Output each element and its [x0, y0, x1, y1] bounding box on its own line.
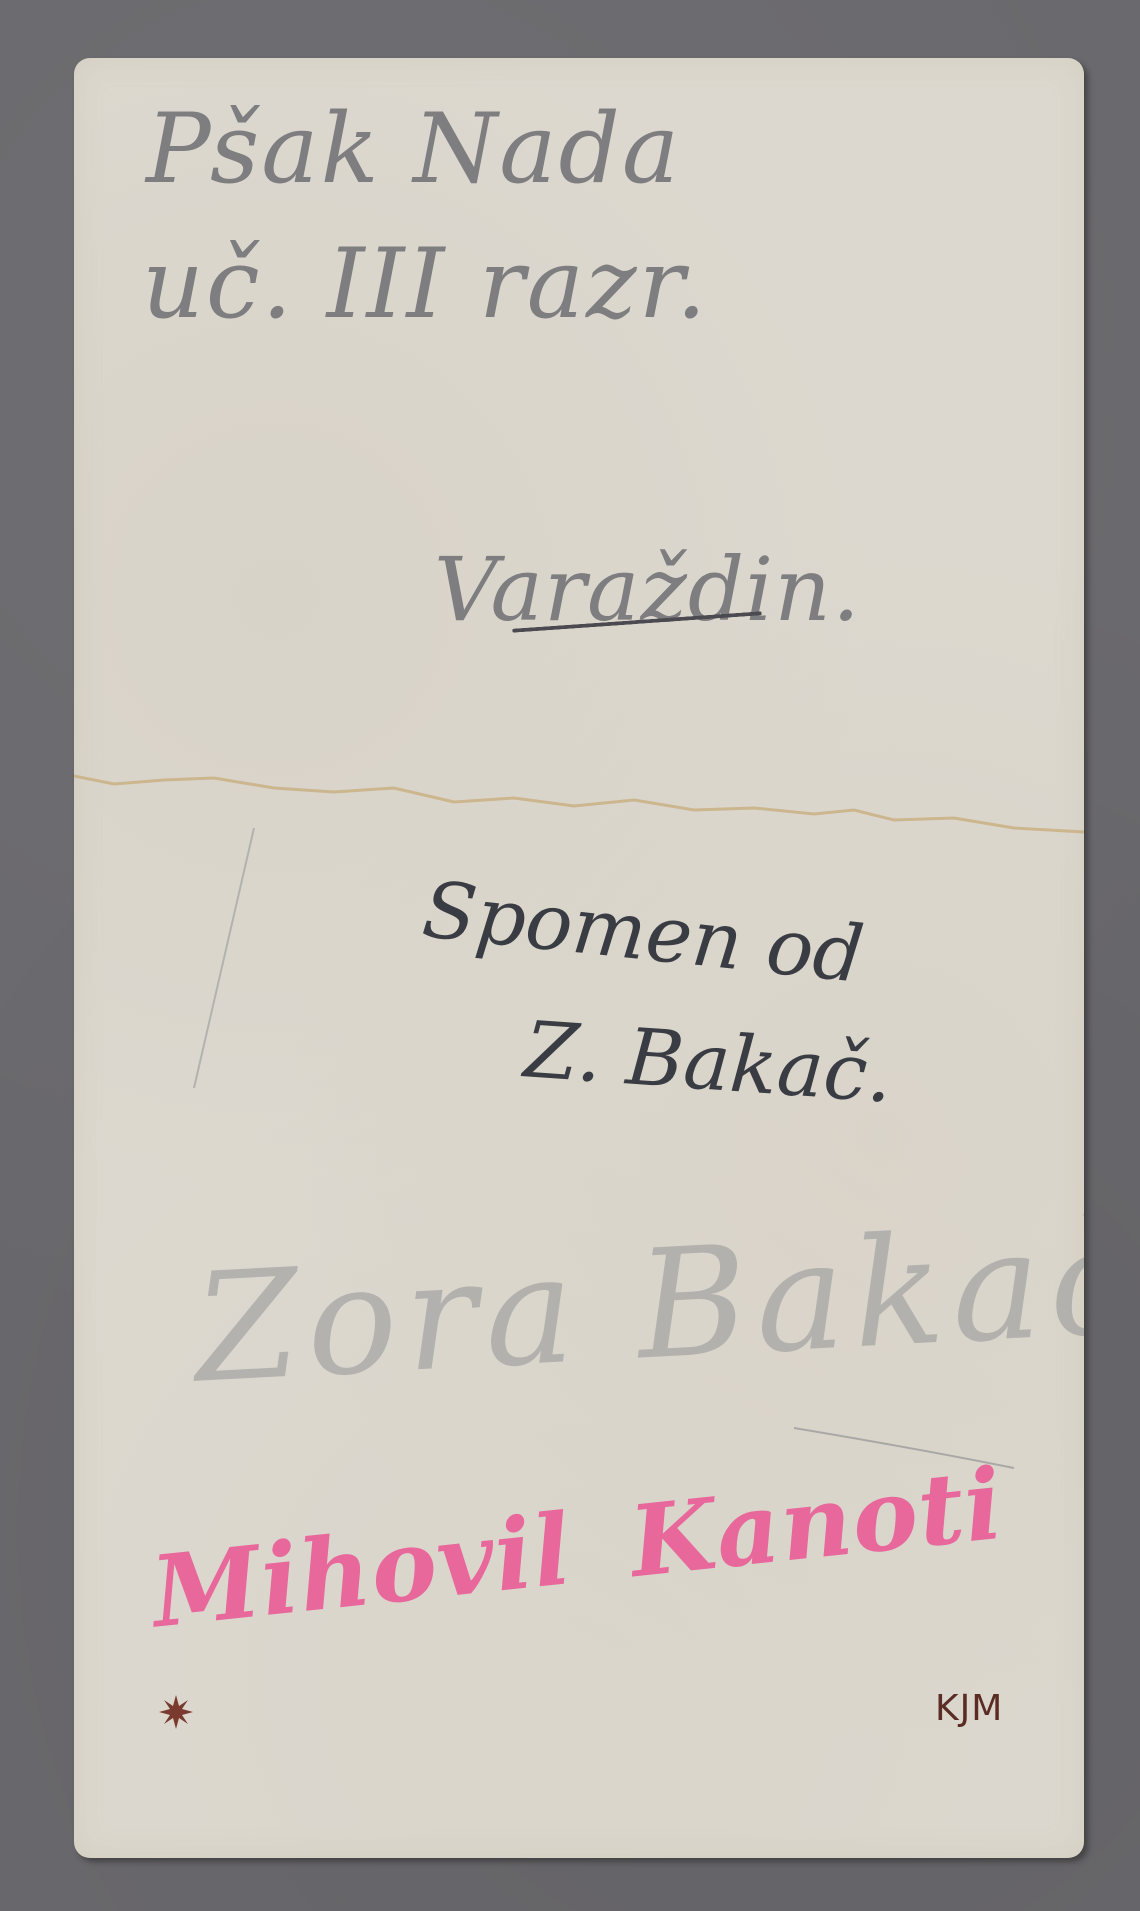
pencil-stroke [174, 818, 274, 1118]
owner-name: Pšak Nada [146, 93, 681, 205]
photographer-last-name: Kanoti [625, 1447, 1009, 1600]
faint-signature: Zora Bakač [190, 1193, 1084, 1416]
monogram-mark: KJM [935, 1688, 1003, 1729]
photographer-stamp: MihovilKanoti [146, 1441, 1068, 1651]
class-line: uč. III razr. [142, 228, 708, 340]
photographer-first-name: Mihovil [146, 1492, 576, 1650]
star-icon [158, 1694, 194, 1730]
city-line: Varaždin. [434, 538, 861, 641]
signature-line: Z. Bakač. [521, 1005, 895, 1120]
photo-card-back: Pšak Nada uč. III razr. Varaždin. Spomen… [74, 58, 1084, 1858]
dedication-line: Spomen od [419, 865, 868, 1001]
